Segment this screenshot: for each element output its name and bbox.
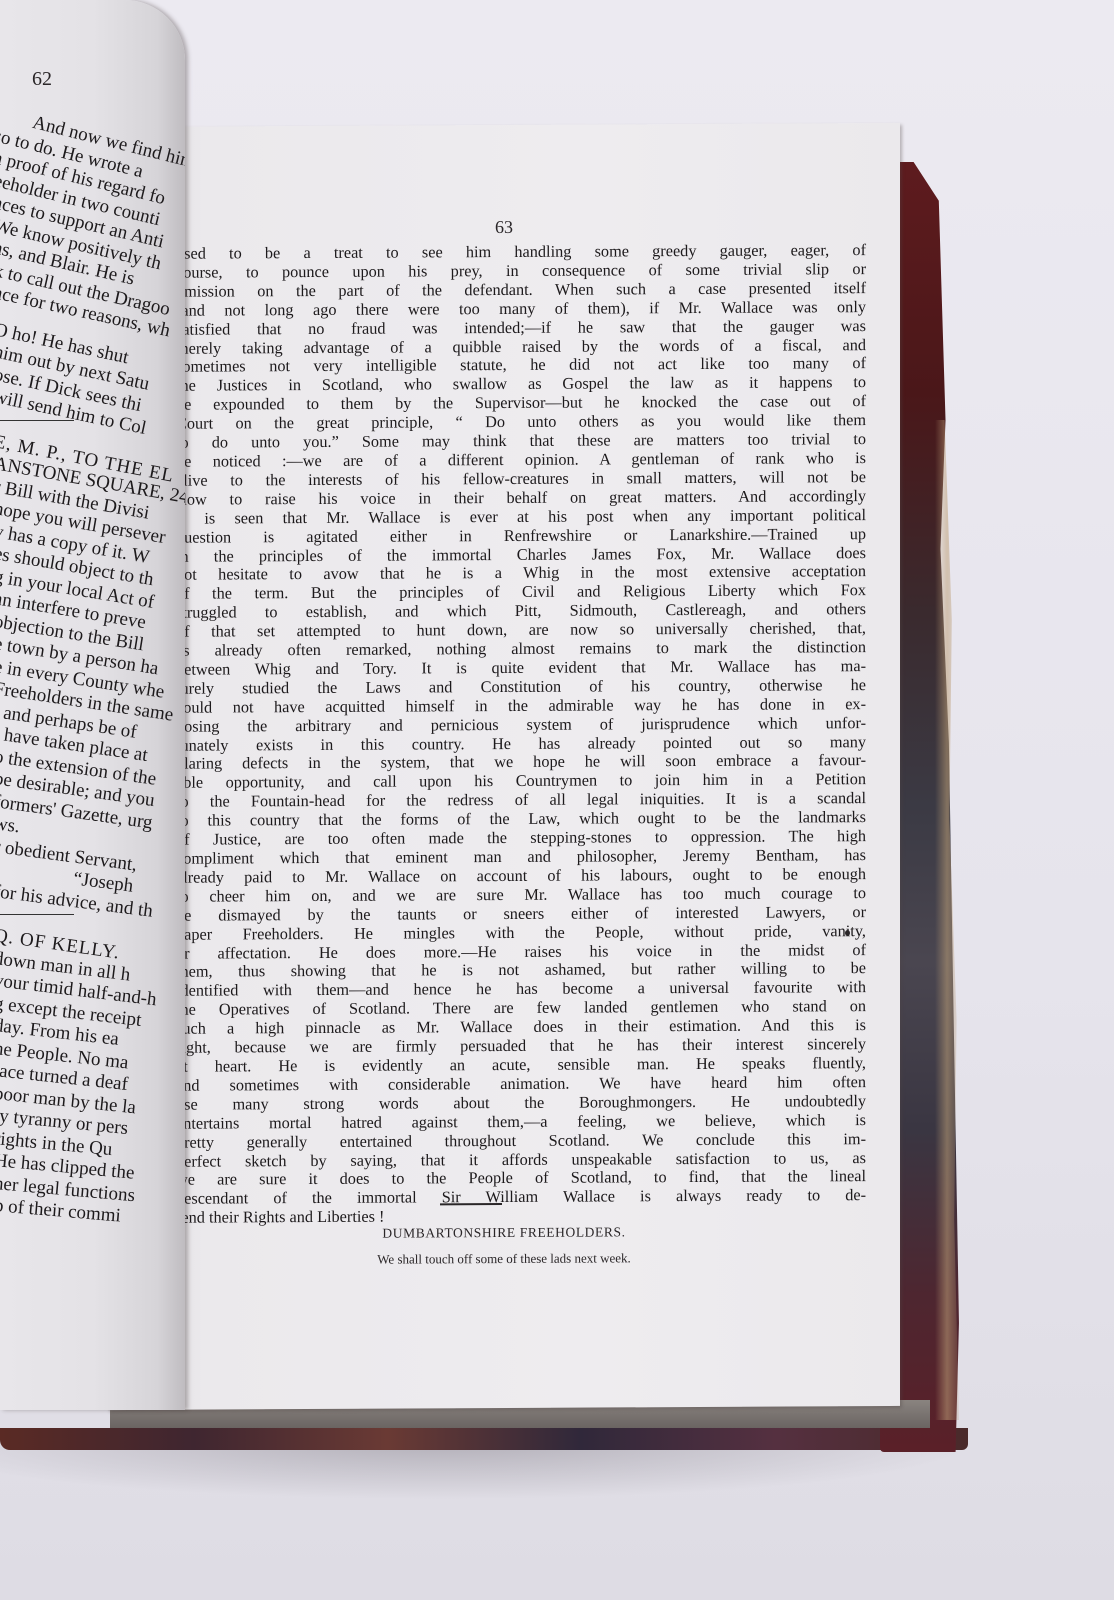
right-page-body-text: used to be a treat to see him handling s… xyxy=(176,241,866,1228)
page-number-left: 62 xyxy=(32,68,52,91)
right-page: 63 used to be a treat to see him handlin… xyxy=(108,123,900,1410)
divider-rule xyxy=(0,914,74,915)
left-page-body-text: And now we find himso to do. He wrote aa… xyxy=(0,102,185,1218)
text-line: descendant of the immortal Sir William W… xyxy=(176,1186,866,1209)
book-back-cover xyxy=(0,1428,968,1450)
page-number-right: 63 xyxy=(108,215,900,240)
divider-rule xyxy=(0,420,74,421)
left-page: 62 And now we find himso to do. He wrote… xyxy=(0,0,185,1410)
section-divider-rule xyxy=(440,1203,502,1205)
section-subtext: We shall touch off some of these lads ne… xyxy=(108,1249,900,1269)
ink-spot xyxy=(845,930,850,936)
section-heading: DUMBARTONSHIRE FREEHOLDERS. xyxy=(108,1223,900,1243)
